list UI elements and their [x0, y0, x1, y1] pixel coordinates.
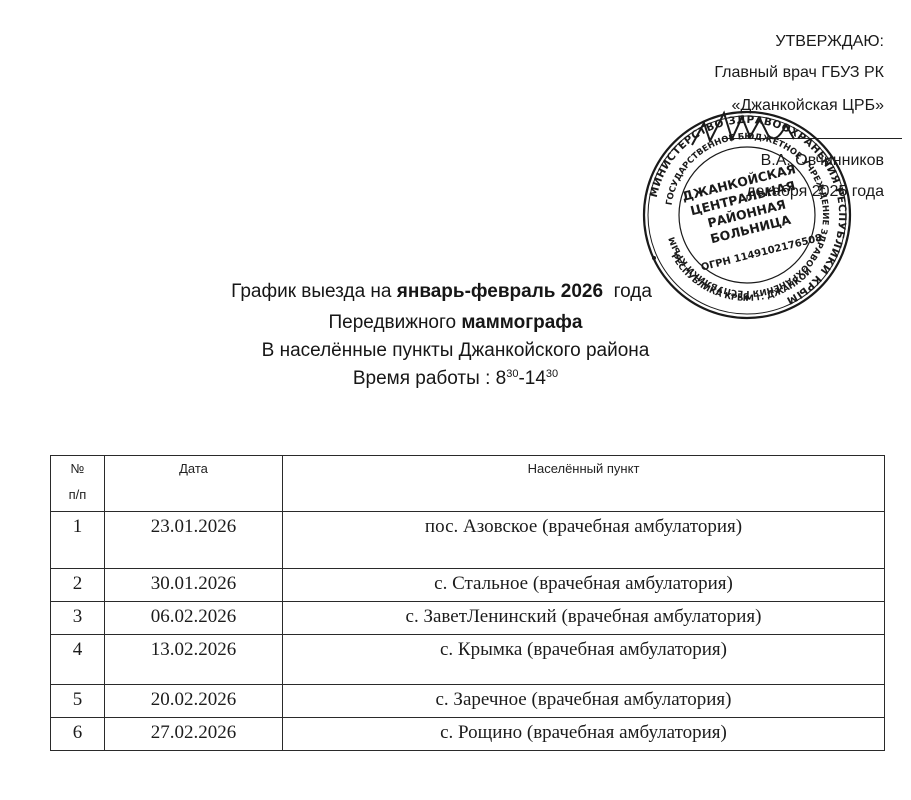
cell-date: 27.02.2026 — [105, 718, 283, 751]
stamp-center-line-3: РАЙОННАЯ — [706, 197, 787, 231]
cell-date: 23.01.2026 — [105, 512, 283, 569]
cell-place: с. Крымка (врачебная амбулатория) — [283, 635, 885, 685]
working-hours: Время работы : 830-1430 — [0, 368, 911, 390]
approval-date: декабря 2025 года — [746, 183, 884, 201]
stamp-center-line-4: БОЛЬНИЦА — [709, 212, 793, 247]
cell-date: 20.02.2026 — [105, 685, 283, 718]
cell-date: 30.01.2026 — [105, 569, 283, 602]
cell-number: 4 — [51, 635, 105, 685]
table-row: 3 06.02.2026 с. ЗаветЛенинский (врачебна… — [51, 602, 885, 635]
schedule-period: январь-февраль 2026 — [397, 281, 603, 302]
header-place: Населённый пункт — [283, 456, 885, 512]
schedule-title: График выезда на январь-февраль 2026 год… — [0, 281, 897, 303]
table-row: 1 23.01.2026 пос. Азовское (врачебная ам… — [51, 512, 885, 569]
approval-heading: УТВЕРЖДАЮ: — [775, 33, 884, 51]
cell-number: 3 — [51, 602, 105, 635]
equipment-name: маммографа — [461, 312, 582, 333]
stamp-ogrn: ОГРН 1149102176508 — [700, 233, 824, 274]
schedule-subtitle: Передвижного маммографа — [0, 312, 911, 334]
table-row: 2 30.01.2026 с. Стальное (врачебная амбу… — [51, 569, 885, 602]
signature-scribble-icon — [690, 105, 810, 155]
cell-place: с. ЗаветЛенинский (врачебная амбулатория… — [283, 602, 885, 635]
table-header-row: №п/п Дата Населённый пункт — [51, 456, 885, 512]
schedule-area: В населённые пункты Джанкойского района — [0, 340, 911, 362]
table-row: 4 13.02.2026 с. Крымка (врачебная амбула… — [51, 635, 885, 685]
cell-date: 13.02.2026 — [105, 635, 283, 685]
header-date: Дата — [105, 456, 283, 512]
cell-number: 5 — [51, 685, 105, 718]
schedule-table: №п/п Дата Населённый пункт 1 23.01.2026 … — [50, 455, 885, 751]
cell-date: 06.02.2026 — [105, 602, 283, 635]
cell-place: с. Стальное (врачебная амбулатория) — [283, 569, 885, 602]
table-row: 6 27.02.2026 с. Рощино (врачебная амбула… — [51, 718, 885, 751]
header-number: №п/п — [51, 456, 105, 512]
cell-place: с. Рощино (врачебная амбулатория) — [283, 718, 885, 751]
cell-place: пос. Азовское (врачебная амбулатория) — [283, 512, 885, 569]
cell-place: с. Заречное (врачебная амбулатория) — [283, 685, 885, 718]
approval-position: Главный врач ГБУЗ РК — [714, 64, 884, 82]
cell-number: 2 — [51, 569, 105, 602]
table-row: 5 20.02.2026 с. Заречное (врачебная амбу… — [51, 685, 885, 718]
cell-number: 6 — [51, 718, 105, 751]
cell-number: 1 — [51, 512, 105, 569]
